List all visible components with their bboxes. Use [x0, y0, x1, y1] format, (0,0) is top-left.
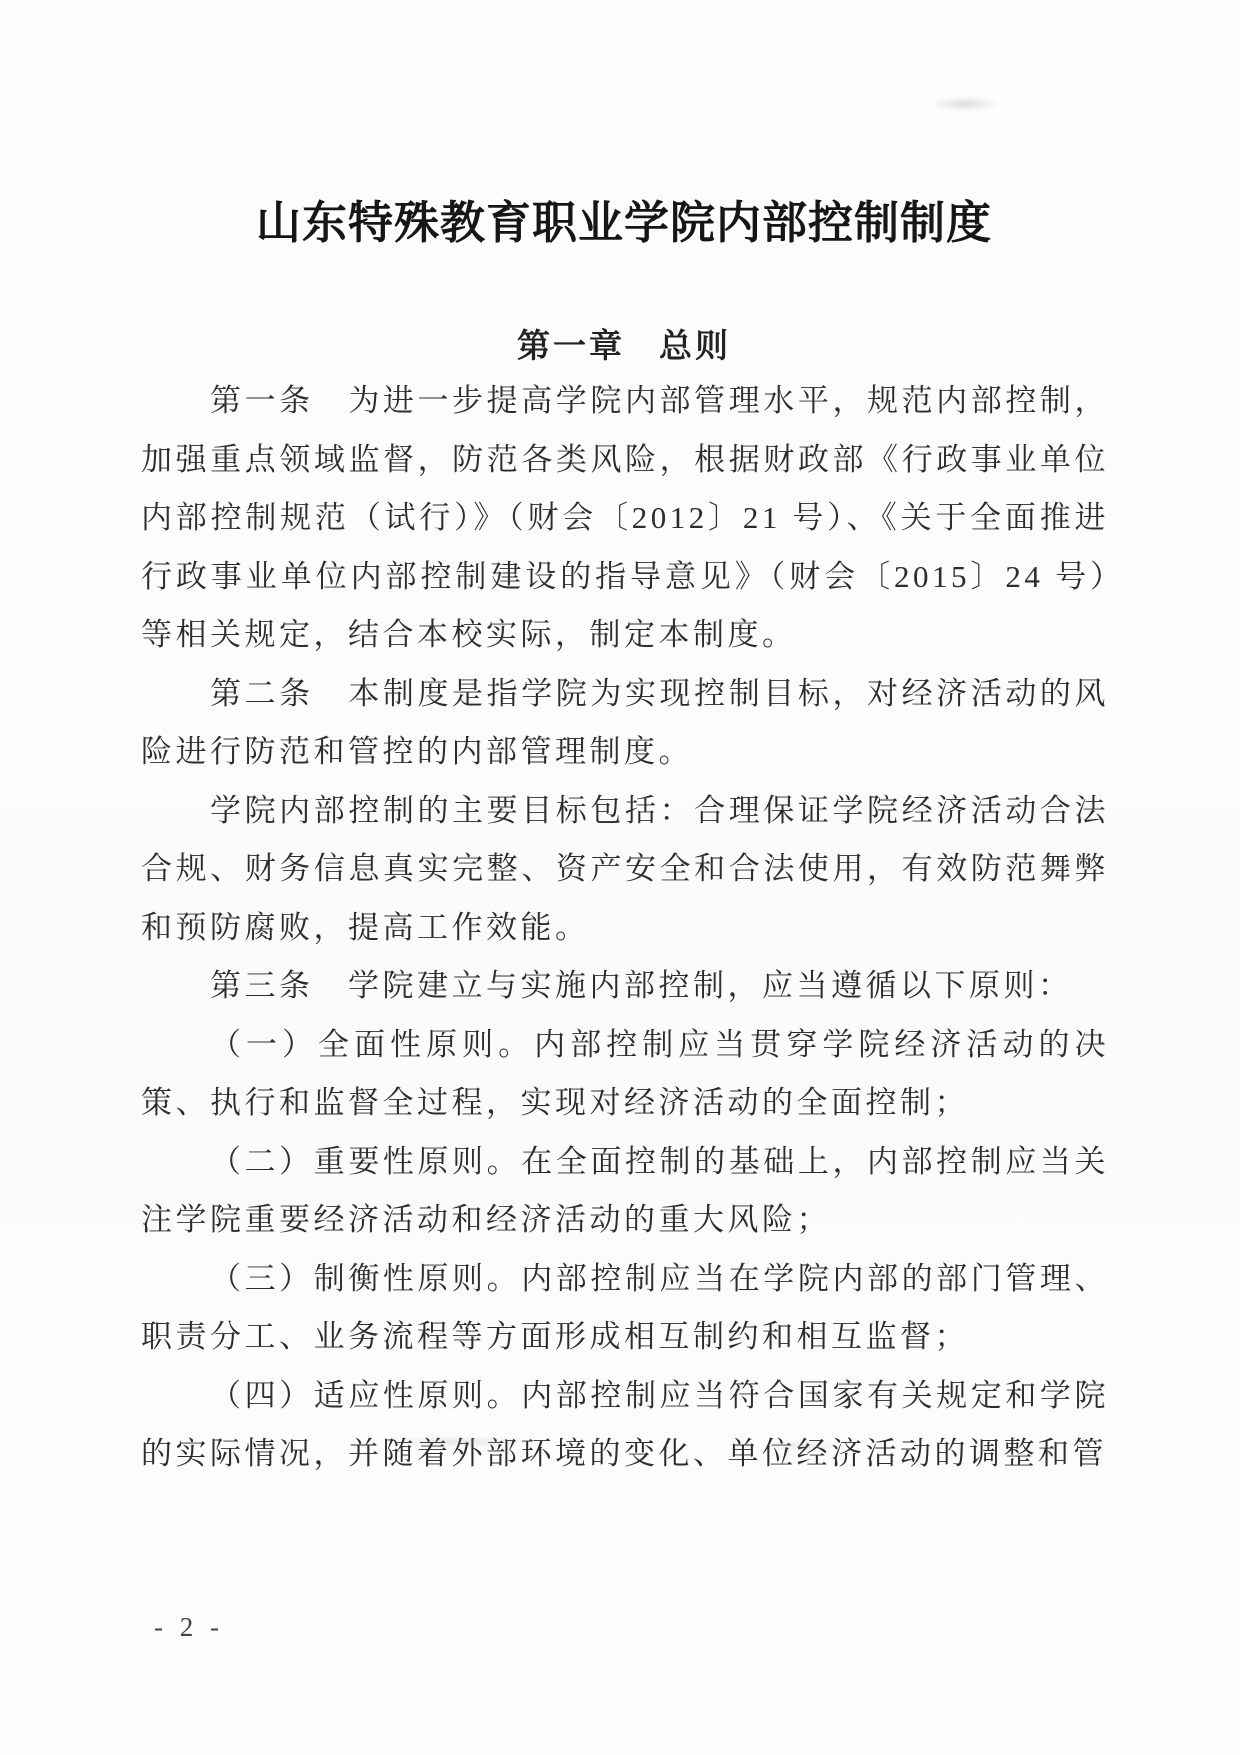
document-title: 山东特殊教育职业学院内部控制制度 — [140, 196, 1108, 250]
paragraph-principle-2: （二）重要性原则。在全面控制的基础上，内部控制应当关注学院重要经济活动和经济活动… — [141, 1133, 1109, 1250]
paragraph-principle-4: （四）适应性原则。内部控制应当符合国家有关规定和学院的实际情况，并随着外部环境的… — [141, 1367, 1109, 1484]
paragraph-principle-3: （三）制衡性原则。内部控制应当在学院内部的部门管理、职责分工、业务流程等方面形成… — [141, 1250, 1109, 1367]
chapter-number: 第一章 — [517, 327, 625, 364]
paragraph-article-1: 第一条 为进一步提高学院内部管理水平，规范内部控制，加强重点领域监督，防范各类风… — [141, 372, 1109, 665]
chapter-name: 总则 — [659, 327, 731, 364]
chapter-heading: 第一章总则 — [140, 326, 1108, 366]
paragraph-principle-1: （一）全面性原则。内部控制应当贯穿学院经济活动的决策、执行和监督全过程，实现对经… — [141, 1016, 1109, 1133]
paragraph-article-3: 第三条 学院建立与实施内部控制，应当遵循以下原则： — [141, 957, 1109, 1016]
page-number: - 2 - — [154, 1612, 224, 1643]
scan-artifact — [930, 96, 1000, 112]
paragraph-article-2: 第二条 本制度是指学院为实现控制目标，对经济活动的风险进行防范和管控的内部管理制… — [141, 665, 1109, 782]
paragraph-control-objectives: 学院内部控制的主要目标包括：合理保证学院经济活动合法合规、财务信息真实完整、资产… — [141, 782, 1109, 958]
document-body: 第一条 为进一步提高学院内部管理水平，规范内部控制，加强重点领域监督，防范各类风… — [141, 372, 1109, 1484]
scanned-document-page: 山东特殊教育职业学院内部控制制度 第一章总则 第一条 为进一步提高学院内部管理水… — [0, 0, 1240, 1755]
